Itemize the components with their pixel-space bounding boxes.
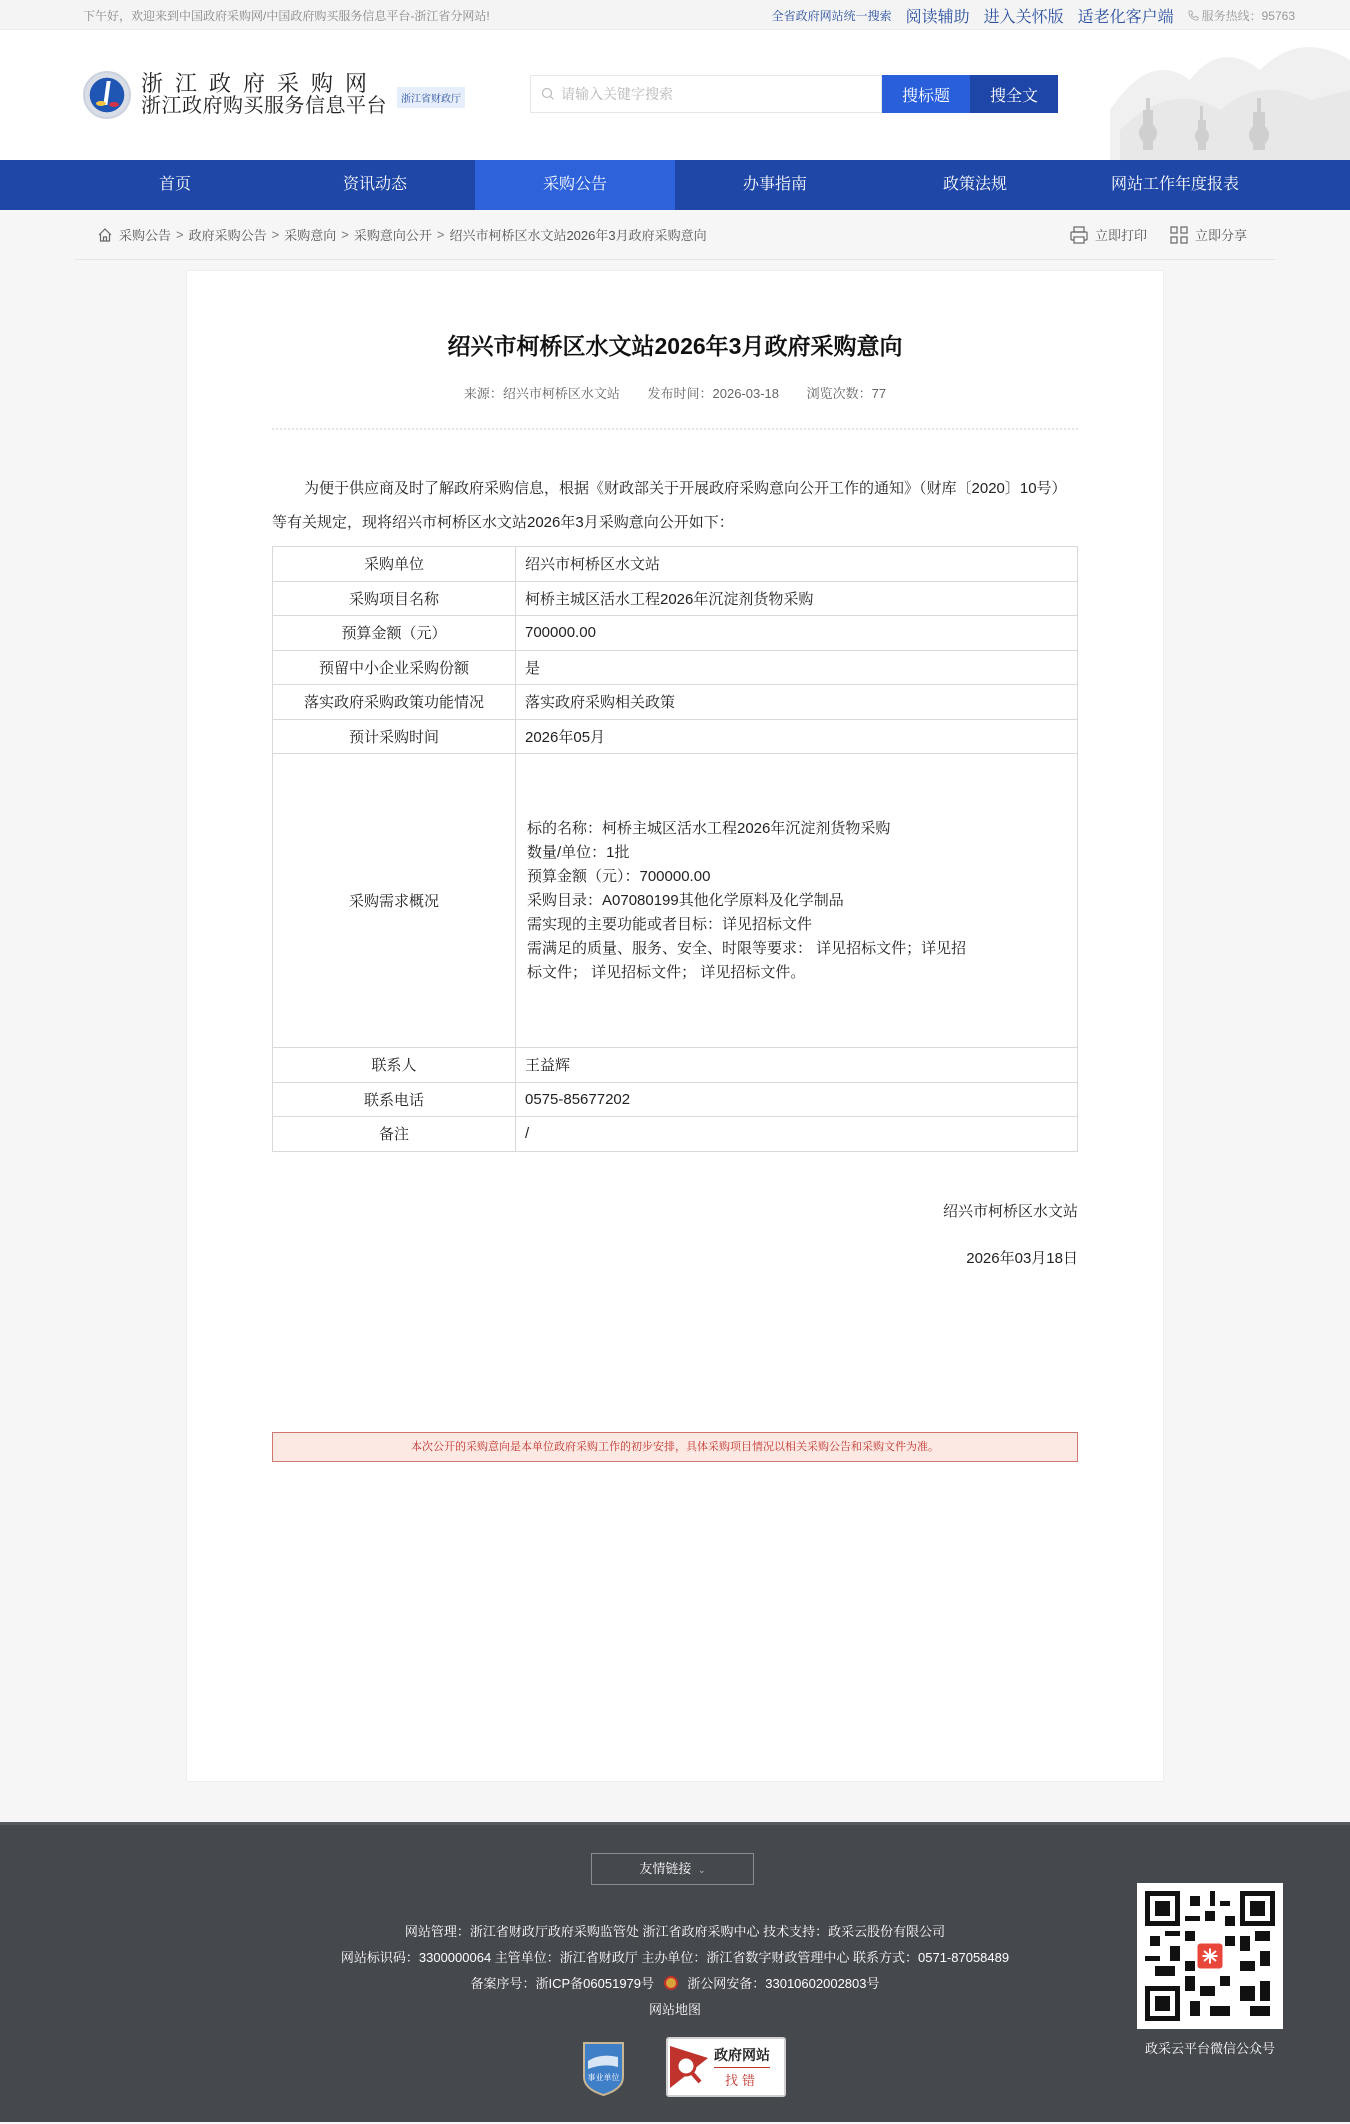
site-footer: 友情链接 ⌄ 网站管理：浙江省财政厅政府采购监管处 浙江省政府采购中心 技术支持… [0,1822,1350,2122]
needs-line: 预算金额（元）：700000.00 [527,865,975,889]
table-row: 联系电话0575-85677202 [273,1082,1078,1117]
friend-links-label: 友情链接 [639,1861,691,1876]
needs-line: 需满足的质量、服务、安全、时限等要求： 详见招标文件；详见招标文件； 详见招标文… [527,937,975,985]
row-key: 落实政府采购政策功能情况 [273,685,516,720]
article-title: 绍兴市柯桥区水文站2026年3月政府采购意向 [272,271,1078,361]
top-bar: 下午好，欢迎来到中国政府采购网/中国政府购买服务信息平台-浙江省分网站! 全省政… [0,0,1350,30]
row-value: 柯桥主城区活水工程2026年沉淀剂货物采购 [516,581,1078,616]
row-key: 预留中小企业采购份额 [273,650,516,685]
row-key: 联系电话 [273,1082,516,1117]
nav-home[interactable]: 首页 [75,160,275,210]
nav-guide[interactable]: 办事指南 [675,160,875,210]
share-button[interactable]: 立即分享 [1169,225,1247,245]
mountain-pagoda-decoration [1110,30,1350,160]
search-icon [541,87,555,101]
row-value: 700000.00 [516,616,1078,651]
wechat-qr-code [1137,1883,1283,2029]
signature-date: 2026年03月18日 [272,1247,1078,1268]
row-key: 采购单位 [273,547,516,582]
chevron-down-icon: ⌄ [698,1865,706,1875]
table-row: 采购单位绍兴市柯桥区水文站 [273,547,1078,582]
elderly-client-link[interactable]: 适老化客户端 [1078,4,1174,27]
badge-error-line2: 找错 [725,2070,759,2089]
needs-summary: 标的名称：柯桥主城区活水工程2026年沉淀剂货物采购 数量/单位：1批 预算金额… [516,754,1078,1048]
site-error-report-badge[interactable]: 政府网站 找错 [666,2037,786,2097]
nav-procurement-notices[interactable]: 采购公告 [475,160,675,210]
printer-icon [1069,225,1089,245]
signature-block: 绍兴市柯桥区水文站 2026年03月18日 [272,1200,1078,1268]
reading-aid-link[interactable]: 阅读辅助 [906,4,970,27]
print-button[interactable]: 立即打印 [1069,225,1147,245]
search-fulltext-button[interactable]: 搜全文 [970,75,1058,113]
table-row: 预留中小企业采购份额是 [273,650,1078,685]
nav-policy[interactable]: 政策法规 [875,160,1075,210]
procurement-info-table: 采购单位绍兴市柯桥区水文站 采购项目名称柯桥主城区活水工程2026年沉淀剂货物采… [272,546,1078,1152]
welcome-text: 下午好，欢迎来到中国政府采购网/中国政府购买服务信息平台-浙江省分网站! [83,7,490,24]
home-icon[interactable] [97,227,113,243]
table-row: 预算金额（元）700000.00 [273,616,1078,651]
needs-line: 需实现的主要功能或者目标：详见招标文件 [527,913,975,937]
article-publish-time: 发布时间：2026-03-18 [648,386,780,401]
row-key: 预计采购时间 [273,719,516,754]
nav-news[interactable]: 资讯动态 [275,160,475,210]
needs-line: 采购目录：A07080199其他化学原料及化学制品 [527,889,975,913]
row-value: 是 [516,650,1078,685]
phone-icon [1188,10,1199,21]
unified-search-link[interactable]: 全省政府网站统一搜索 [772,7,892,24]
search-box [530,75,882,113]
badge-unit-text: 事业单位 [588,2072,620,2082]
friend-links-dropdown[interactable]: 友情链接 ⌄ [591,1853,754,1885]
article-meta: 来源：绍兴市柯桥区水文站 发布时间：2026-03-18 浏览次数：77 [272,383,1078,430]
row-key: 预算金额（元） [273,616,516,651]
row-value: 落实政府采购相关政策 [516,685,1078,720]
article-intro: 为便于供应商及时了解政府采购信息，根据《财政部关于开展政府采购意向公开工作的通知… [272,472,1078,540]
breadcrumb-item[interactable]: 采购公告 [119,225,171,244]
row-key: 采购需求概况 [273,754,516,1048]
icp-link[interactable]: 备案序号：浙ICP备06051979号 [471,1976,655,1991]
search-bar: 搜标题 搜全文 [530,75,1058,113]
row-value: 绍兴市柯桥区水文站 [516,547,1078,582]
magnifier-icon [668,2042,710,2092]
qr-code-icon [1145,1891,1275,2021]
row-value: 王益辉 [516,1048,1078,1083]
public-institution-badge[interactable]: 事业单位 [580,2039,627,2096]
breadcrumb-bar: 采购公告> 政府采购公告> 采购意向> 采购意向公开> 绍兴市柯桥区水文站202… [75,210,1275,260]
breadcrumb: 采购公告> 政府采购公告> 采购意向> 采购意向公开> 绍兴市柯桥区水文站202… [97,225,707,244]
article-card: 绍兴市柯桥区水文站2026年3月政府采购意向 来源：绍兴市柯桥区水文站 发布时间… [186,270,1164,1782]
logo-title: 浙江政府采购网 [141,73,387,95]
breadcrumb-item[interactable]: 采购意向 [284,225,336,244]
article-source: 来源：绍兴市柯桥区水文站 [464,386,620,401]
row-value: 2026年05月 [516,719,1078,754]
breadcrumb-item[interactable]: 政府采购公告 [189,225,267,244]
table-row: 备注/ [273,1117,1078,1152]
qr-code-label: 政采云平台微信公众号 [1130,2038,1290,2057]
signature-org: 绍兴市柯桥区水文站 [272,1200,1078,1221]
needs-line: 标的名称：柯桥主城区活水工程2026年沉淀剂货物采购 [527,817,975,841]
hotline: 服务热线：95763 [1188,7,1295,24]
badge-error-line1: 政府网站 [714,2045,770,2068]
search-title-button[interactable]: 搜标题 [882,75,970,113]
police-emblem-icon [664,1976,678,1990]
table-row: 联系人王益辉 [273,1048,1078,1083]
breadcrumb-current: 绍兴市柯桥区水文站2026年3月政府采购意向 [449,225,706,244]
site-header: 浙江政府采购网 浙江政府购买服务信息平台 浙江省财政厅 搜标题 搜全文 [0,30,1350,160]
care-mode-link[interactable]: 进入关怀版 [984,4,1064,27]
dept-badge: 浙江省财政厅 [397,87,465,108]
logo-subtitle: 浙江政府购买服务信息平台 [141,95,387,117]
row-key: 备注 [273,1117,516,1152]
site-logo[interactable]: 浙江政府采购网 浙江政府购买服务信息平台 浙江省财政厅 [83,71,465,119]
table-row: 采购项目名称柯桥主城区活水工程2026年沉淀剂货物采购 [273,581,1078,616]
nav-annual-report[interactable]: 网站工作年度报表 [1075,160,1275,210]
breadcrumb-item[interactable]: 采购意向公开 [354,225,432,244]
sitemap-link[interactable]: 网站地图 [649,2002,701,2017]
row-key: 联系人 [273,1048,516,1083]
article-views: 浏览次数：77 [807,386,886,401]
police-filing-link[interactable]: 浙公网安备：33010602002803号 [687,1976,879,1991]
share-label: 立即分享 [1195,225,1247,244]
print-label: 立即打印 [1095,225,1147,244]
table-row: 落实政府采购政策功能情况落实政府采购相关政策 [273,685,1078,720]
row-value: / [516,1117,1078,1152]
disclaimer-notice: 本次公开的采购意向是本单位政府采购工作的初步安排，具体采购项目情况以相关采购公告… [272,1432,1078,1462]
row-key: 采购项目名称 [273,581,516,616]
needs-line: 数量/单位：1批 [527,841,975,865]
main-nav: 首页 资讯动态 采购公告 办事指南 政策法规 网站工作年度报表 [0,160,1350,210]
row-value: 0575-85677202 [516,1082,1078,1117]
hotline-text: 服务热线：95763 [1202,7,1295,24]
table-row-needs: 采购需求概况 标的名称：柯桥主城区活水工程2026年沉淀剂货物采购 数量/单位：… [273,754,1078,1048]
emblem-icon [83,71,131,119]
search-input[interactable] [561,86,861,102]
table-row: 预计采购时间2026年05月 [273,719,1078,754]
qr-share-icon [1169,225,1189,245]
